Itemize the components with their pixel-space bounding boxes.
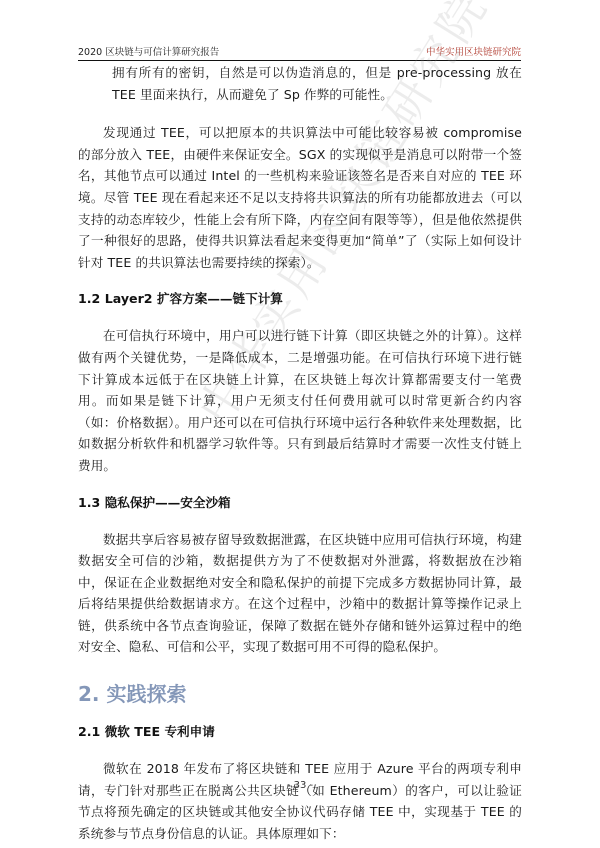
report-title: 2020 区块链与可信计算研究报告 [78, 44, 219, 58]
section-heading-2-1: 2.1 微软 TEE 专利申请 [78, 722, 522, 742]
paragraph-offchain-computing: 在可信执行环境中，用户可以进行链下计算（即区块链之外的计算）。这样做有两个关键优… [78, 325, 522, 476]
section-heading-1-2: 1.2 Layer2 扩容方案——链下计算 [78, 289, 522, 309]
document-page: 2020 区块链与可信计算研究报告 中华实用区块链研究院 中华实用区块链研究院 … [0, 0, 600, 848]
chapter-heading-2: 2. 实践探索 [78, 680, 522, 708]
running-header: 2020 区块链与可信计算研究报告 中华实用区块链研究院 [78, 42, 521, 61]
paragraph-secure-sandbox: 数据共享后容易被存留导致数据泄露，在区块链中应用可信执行环境，构建数据安全可信的… [78, 529, 522, 659]
page-body: 拥有所有的密钥，自然是可以伪造消息的，但是 pre-processing 放在 … [78, 62, 522, 844]
paragraph-tee-consensus: 发现通过 TEE，可以把原本的共识算法中可能比较容易被 compromise 的… [78, 122, 522, 273]
paragraph-microsoft-patent: 微软在 2018 年发布了将区块链和 TEE 应用于 Azure 平台的两项专利… [78, 758, 522, 844]
institute-name: 中华实用区块链研究院 [426, 44, 521, 58]
continued-paragraph: 拥有所有的密钥，自然是可以伪造消息的，但是 pre-processing 放在 … [78, 62, 522, 105]
section-heading-1-3: 1.3 隐私保护——安全沙箱 [78, 493, 522, 513]
page-number: - 33 - [0, 780, 600, 791]
